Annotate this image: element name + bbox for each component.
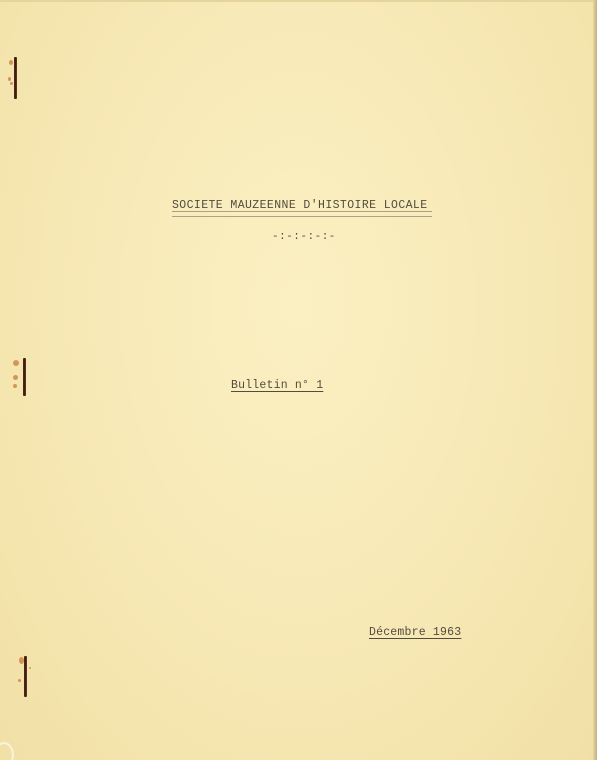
rust-stain <box>13 360 19 366</box>
ornament-divider: -:-:-:-:- <box>272 231 336 243</box>
title-double-underline <box>172 211 432 217</box>
document-page: SOCIETE MAUZEENNE D'HISTOIRE LOCALE -:-:… <box>0 0 597 760</box>
rust-stain <box>13 375 18 380</box>
rust-stain <box>19 657 24 664</box>
rust-stain <box>8 77 11 81</box>
rust-stain <box>13 384 17 388</box>
staple-icon <box>14 57 17 99</box>
rust-stain <box>10 82 13 85</box>
page-edge <box>0 0 597 2</box>
rust-stain <box>9 60 13 65</box>
rust-stain <box>29 667 31 669</box>
rust-stain <box>18 679 21 682</box>
staple-icon <box>24 656 27 697</box>
staple-icon <box>23 358 26 396</box>
bulletin-number: Bulletin n° 1 <box>231 379 323 392</box>
page-corner-curl <box>0 742 14 760</box>
publication-date: Décembre 1963 <box>369 626 461 639</box>
